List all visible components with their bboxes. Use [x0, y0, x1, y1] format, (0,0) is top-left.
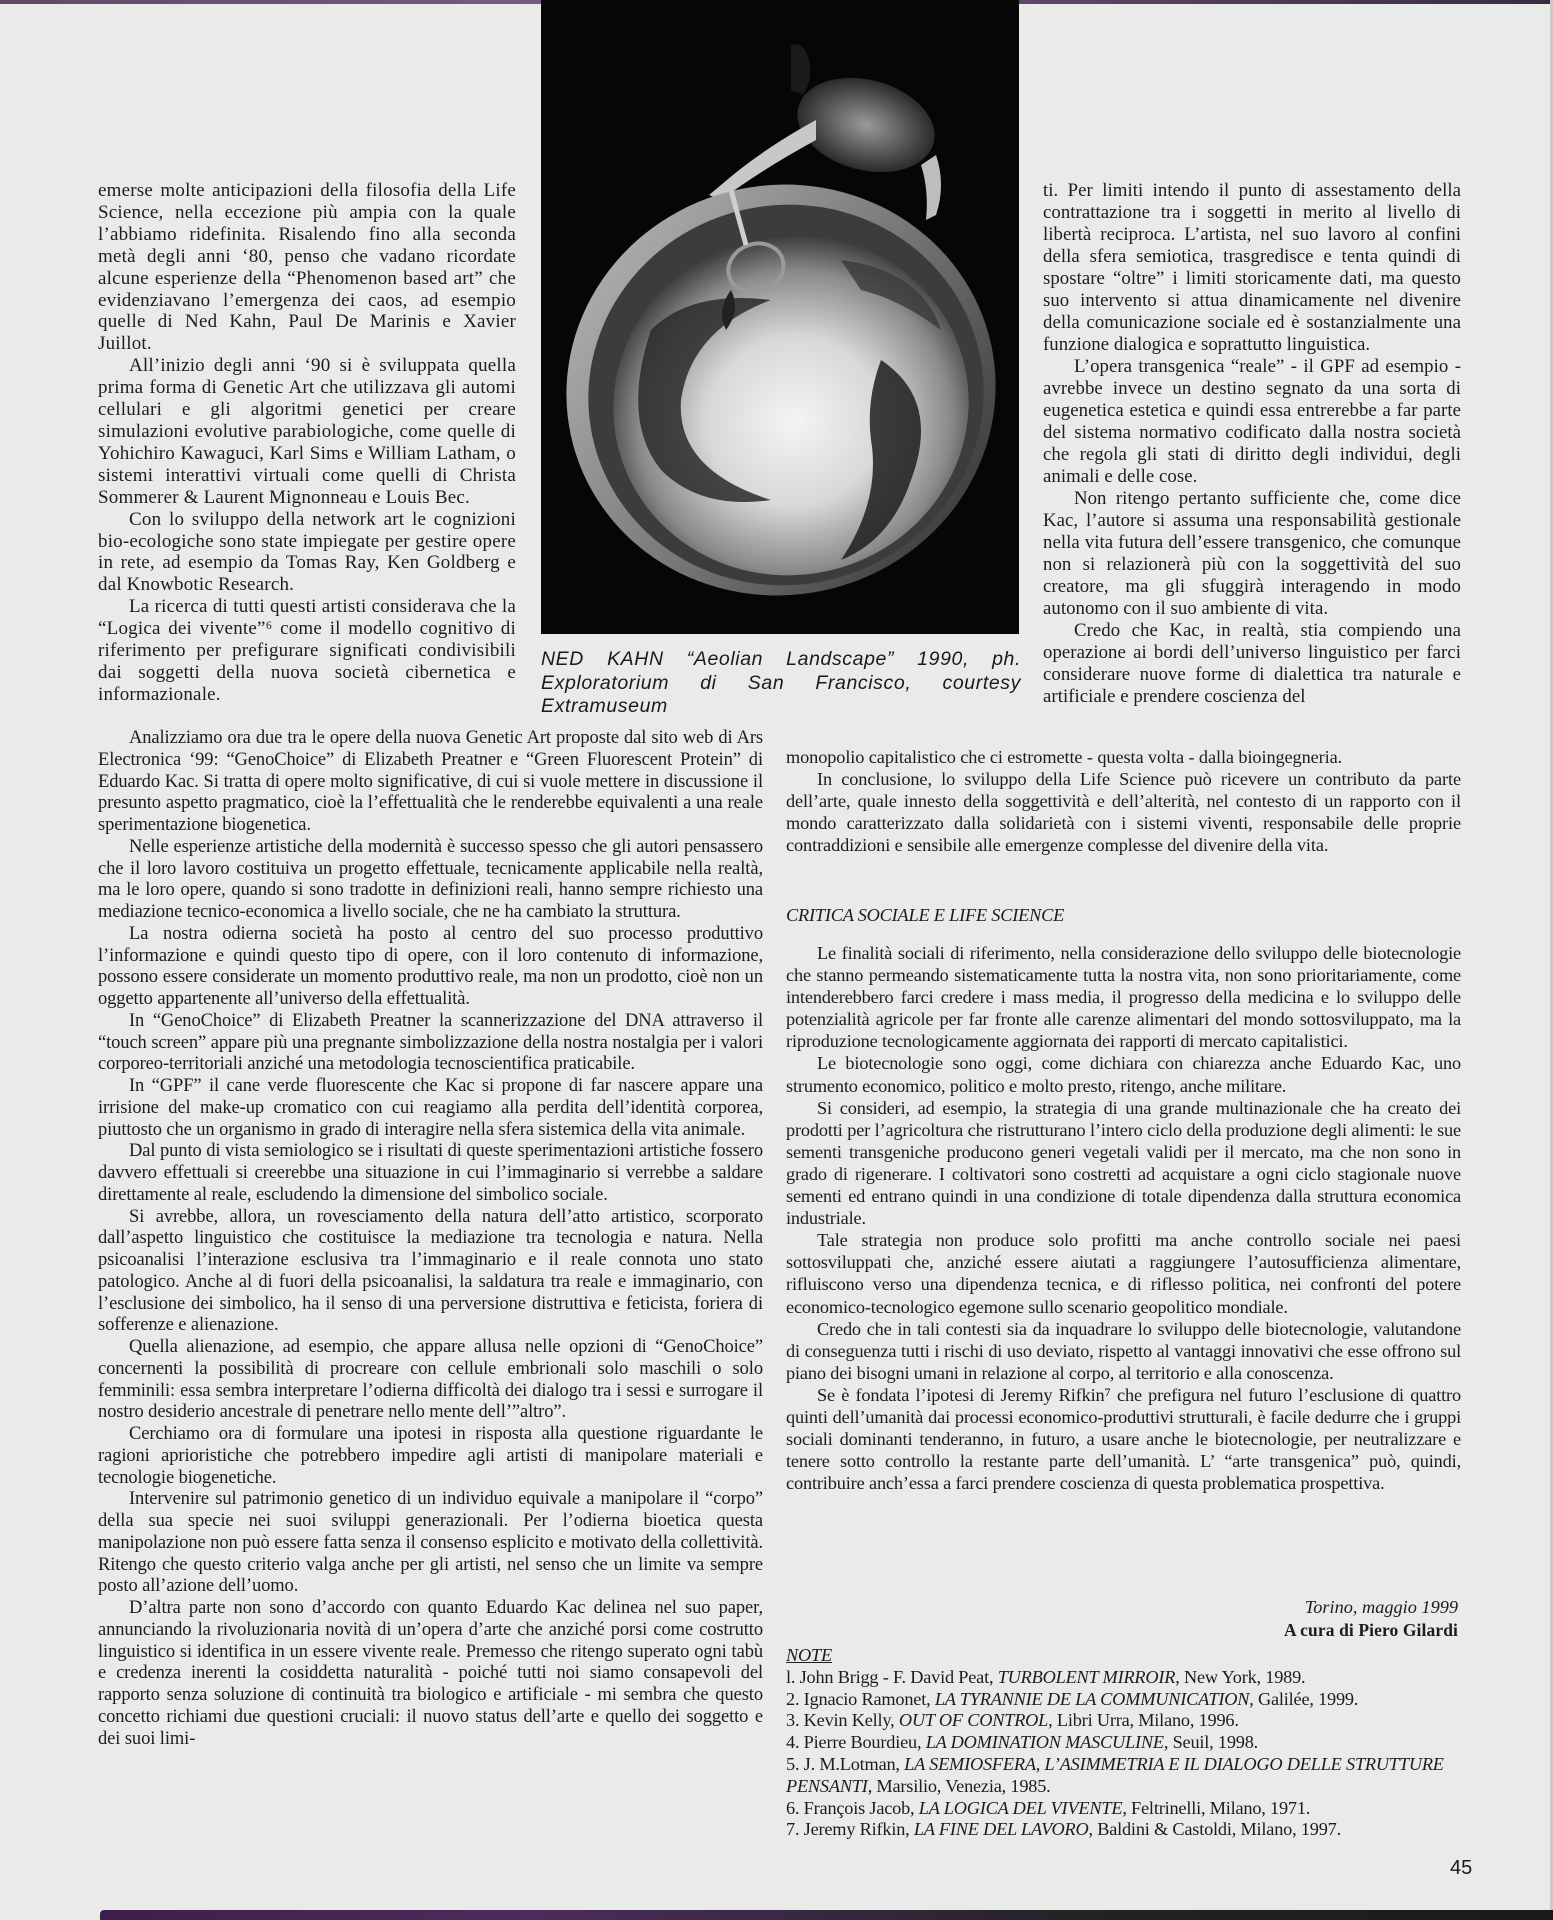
paragraph: Intervenire sul patrimonio genetico di u… — [98, 1489, 763, 1598]
note-item: l. John Brigg - F. David Peat, TURBOLENT… — [786, 1667, 1466, 1689]
paragraph: Non ritengo pertanto sufficiente che, co… — [1043, 488, 1461, 620]
paragraph: Dal punto di vista semiologico se i risu… — [98, 1141, 763, 1206]
right-column-top: ti. Per limiti intendo il punto di asses… — [1043, 180, 1461, 708]
page-bottom-edge — [100, 1910, 1553, 1920]
note-item: 3. Kevin Kelly, OUT OF CONTROL, Libri Ur… — [786, 1710, 1466, 1732]
notes-heading: NOTE — [786, 1645, 852, 1667]
paragraph: Analizziamo ora due tra le opere della n… — [98, 728, 763, 837]
note-author: 6. François Jacob, — [786, 1798, 919, 1818]
note-title: TURBOLENT MIRROIR — [998, 1667, 1176, 1687]
page-number: 45 — [1450, 1857, 1472, 1880]
paragraph: Tale strategia non produce solo profitti… — [786, 1229, 1461, 1317]
paragraph: Credo che Kac, in realtà, stia compiendo… — [1043, 620, 1461, 708]
paragraph: In “GPF” il cane verde fluorescente che … — [98, 1076, 763, 1141]
paragraph: Si consideri, ad esempio, la strategia d… — [786, 1097, 1461, 1230]
right-column-bottom: monopolio capitalistico che ci estromett… — [786, 746, 1461, 856]
section-heading: CRITICA SOCIALE E LIFE SCIENCE — [786, 905, 1386, 926]
note-publisher: , Baldini & Castoldi, Milano, 1997. — [1088, 1819, 1341, 1839]
paragraph: La ricerca di tutti questi artisti consi… — [98, 596, 516, 706]
paragraph: Le finalità sociali di riferimento, nell… — [786, 942, 1461, 1052]
note-title: LA FINE DEL LAVORO — [914, 1819, 1089, 1839]
note-author: 7. Jeremy Rifkin, — [786, 1819, 914, 1839]
note-publisher: , Marsilio, Venezia, 1985. — [868, 1776, 1051, 1796]
note-publisher: , Libri Urra, Milano, 1996. — [1048, 1710, 1239, 1730]
note-title: OUT OF CONTROL — [899, 1710, 1048, 1730]
paragraph: ti. Per limiti intendo il punto di asses… — [1043, 180, 1461, 356]
paragraph: La nostra odierna società ha posto al ce… — [98, 924, 763, 1011]
note-publisher: , Seuil, 1998. — [1164, 1732, 1258, 1752]
note-item: 6. François Jacob, LA LOGICA DEL VIVENTE… — [786, 1798, 1466, 1820]
note-publisher: , New York, 1989. — [1175, 1667, 1305, 1687]
paragraph: Credo che in tali contesti sia da inquad… — [786, 1318, 1461, 1384]
note-item: 2. Ignacio Ramonet, LA TYRANNIE DE LA CO… — [786, 1689, 1466, 1711]
paragraph: Si avrebbe, allora, un rovesciamento del… — [98, 1207, 763, 1338]
note-author: 2. Ignacio Ramonet, — [786, 1689, 935, 1709]
note-item: 4. Pierre Bourdieu, LA DOMINATION MASCUL… — [786, 1732, 1466, 1754]
section-body: Le finalità sociali di riferimento, nell… — [786, 942, 1461, 1494]
artwork-photo — [541, 0, 1019, 634]
note-author: 5. J. M.Lotman, — [786, 1754, 904, 1774]
note-publisher: , Feltrinelli, Milano, 1971. — [1122, 1798, 1310, 1818]
paragraph: Nelle esperienze artistiche della modern… — [98, 837, 763, 924]
signature-author: A cura di Piero Gilardi — [1284, 1620, 1458, 1641]
paragraph: emerse molte anticipazioni della filosof… — [98, 180, 516, 355]
note-author: 4. Pierre Bourdieu, — [786, 1732, 926, 1752]
paragraph: Cerchiamo ora di formulare una ipotesi i… — [98, 1424, 763, 1489]
paragraph: L’opera transgenica “reale” - il GPF ad … — [1043, 356, 1461, 488]
note-title: LA TYRANNIE DE LA COMMUNICATION — [935, 1689, 1249, 1709]
paragraph: In “GenoChoice” di Elizabeth Preatner la… — [98, 1011, 763, 1076]
paragraph: monopolio capitalistico che ci estromett… — [786, 746, 1461, 768]
paragraph: D’altra parte non sono d’accordo con qua… — [98, 1598, 763, 1750]
paragraph: Quella alienazione, ad esempio, che appa… — [98, 1337, 763, 1424]
note-title: LA DOMINATION MASCULINE — [926, 1732, 1164, 1752]
paragraph: Con lo sviluppo della network art le cog… — [98, 509, 516, 597]
paragraph: In conclusione, lo sviluppo della Life S… — [786, 768, 1461, 856]
paragraph: Se è fondata l’ipotesi di Jeremy Rifkin⁷… — [786, 1384, 1461, 1494]
photo-caption: NED KAHN “Aeolian Landscape” 1990, ph. E… — [541, 648, 1021, 719]
left-column-top: emerse molte anticipazioni della filosof… — [98, 180, 516, 706]
notes-section: NOTE l. John Brigg - F. David Peat, TURB… — [786, 1645, 1466, 1841]
note-author: l. John Brigg - F. David Peat, — [786, 1667, 998, 1687]
paragraph: All’inizio degli anni ‘90 si è sviluppat… — [98, 355, 516, 508]
signature-place-date: Torino, maggio 1999 — [1305, 1597, 1458, 1618]
note-item: 5. J. M.Lotman, LA SEMIOSFERA, L’ASIMMET… — [786, 1754, 1466, 1798]
left-column-bottom: Analizziamo ora due tra le opere della n… — [98, 728, 763, 1750]
aeolian-landscape-image — [541, 0, 1019, 634]
note-item: 7. Jeremy Rifkin, LA FINE DEL LAVORO, Ba… — [786, 1819, 1466, 1841]
paragraph: Le biotecnologie sono oggi, come dichiar… — [786, 1052, 1461, 1096]
note-publisher: , Galilée, 1999. — [1249, 1689, 1358, 1709]
note-title: LA LOGICA DEL VIVENTE — [919, 1798, 1123, 1818]
note-author: 3. Kevin Kelly, — [786, 1710, 899, 1730]
